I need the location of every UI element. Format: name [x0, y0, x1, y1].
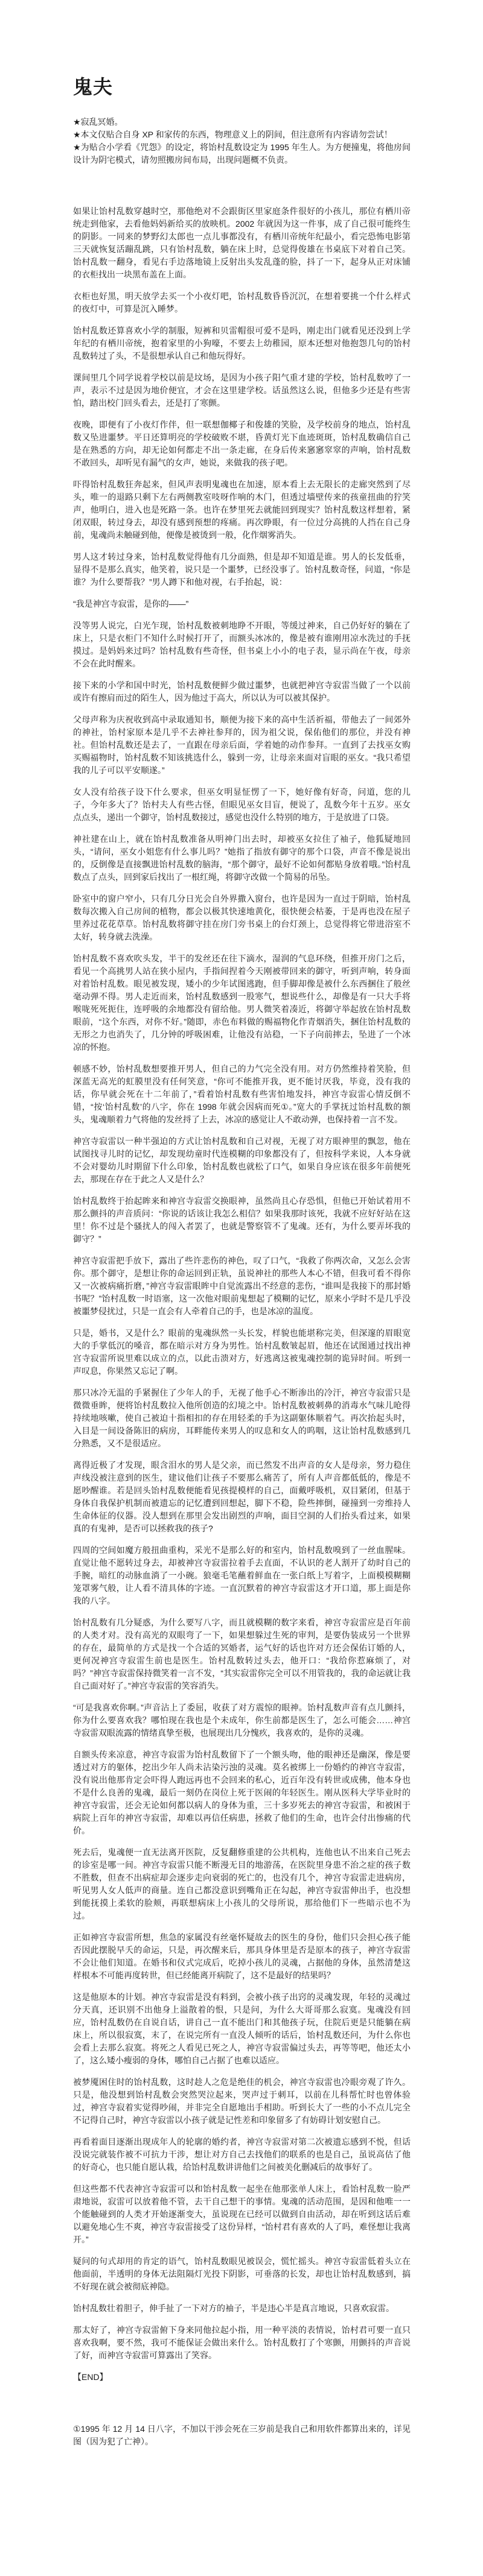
footnote: ①1995 年 12 月 14 日八字，不加以干涉会死在三岁前是我自己和用软件都…: [73, 2423, 411, 2448]
story-paragraph: 饴村乱数有几分疑惑，为什么要写八字，而且就模糊的数字来看，神宫寺寂雷应是百年前的…: [73, 1616, 411, 1692]
story-paragraph: 饴村乱数还算喜欢小学的制服，短裤和贝雷帽很可爱不是吗，刚走出门就看见还没到上学年…: [73, 324, 411, 362]
author-note: ★寂乱冥婚。: [73, 116, 411, 128]
story-paragraph: 如果让饴村乱数穿越时空，那他绝对不会跟街区里家庭条件很好的小孩儿，那位有栖川帝统…: [73, 205, 411, 281]
story-paragraph: 夜晚，即便有了小夜灯作伴，但一联想伽椰子和俊雄的笑脸，及学校前身的地点，饴村乱数…: [73, 419, 411, 469]
story-paragraph: 接下来的小学和国中时光，饴村乱数便鲜少做过噩梦，也就把神宫寺寂雷当做了一个以前或…: [73, 679, 411, 704]
story-paragraph: 父母声称为庆祝收到高中录取通知书，顺便为接下来的高中生活祈福，带他去了一间郊外的…: [73, 714, 411, 777]
story-paragraph: 男人这才转过身来，饴村乱数觉得他有几分面熟，但是却不知道是谁。男人的长发低垂，显…: [73, 551, 411, 589]
story-paragraph: “我是神宫寺寂雷，是你的——”: [73, 598, 411, 610]
author-note: ★为贴合小学看《咒怨》的设定，将饴村乱数设定为 1995 年生人。为方便撞鬼，将…: [73, 141, 411, 166]
story-paragraph: 顿感不妙，饴村乱数想要推开男人，但自己的力气完全没有用。对方仍然维持着笑脸，但深…: [73, 1063, 411, 1126]
story-paragraph: 自额头传来凉意，神宫寺寂雷为饴村乱数留下了一个额头吻，他的眼神还是幽深，像是要透…: [73, 1748, 411, 1837]
story-paragraph: 神宫寺寂雷以一种半强迫的方式让饴村乱数和自己对视，无视了对方眼神里的飘忽，他在试…: [73, 1135, 411, 1186]
story-body: 如果让饴村乱数穿越时空，那他绝对不会跟街区里家庭条件很好的小孩儿，那位有栖川帝统…: [73, 205, 411, 2362]
story-paragraph: 饴村乱数不喜欢吹头发，半干的发丝还在往下滴水，湿润的气息环绕，但推开房门之后，看…: [73, 952, 411, 1054]
story-paragraph: 那只冰冷无温的手紧握住了少年人的手，无视了他手心不断渗出的冷汗，神宫寺寂雷只是微…: [73, 1387, 411, 1450]
story-paragraph: 吓得饴村乱数狂奔起来，但风声表明鬼魂也在加速，原本看上去无限长的走廊突然到了尽头…: [73, 478, 411, 542]
page-title: 鬼夫: [73, 75, 411, 99]
document-page: 鬼夫 ★寂乱冥婚。★本文仅贴合自身 XP 和家传的东西，物理意义上的阴间，但注意…: [0, 0, 483, 2576]
story-paragraph: 那太好了，神宫寺寂雷俯下身来同他拉起小指，用一种平淡的表情说，饴村君可要一直只喜…: [73, 2324, 411, 2362]
story-paragraph: “可是我喜欢你啊。”声音沾上了委屈，收获了对方震惊的眼神。饴村乱数声音有点儿颤抖…: [73, 1701, 411, 1739]
story-paragraph: 没等男人说完，白光乍现，饴村乱数被刺地睁不开眼，等缓过神来，自己仍好好的躺在了床…: [73, 619, 411, 670]
story-paragraph: 饴村乱数终于抬起眸来和神宫寺寂雷交换眼神，虽然尚且心存恐惧，但他已开始试着用不那…: [73, 1195, 411, 1245]
story-paragraph: 被梦魇困住时的饴村乱数，这时趁人之危是绝佳的机会，神宫寺寂雷也冷眼旁观了许久。只…: [73, 2076, 411, 2127]
story-paragraph: 饴村乱数壮着胆子，伸手扯了一下对方的袖子，半是违心半是真言地说，只喜欢寂雷。: [73, 2302, 411, 2315]
story-paragraph: 只是，婚书，又是什么？眼前的鬼魂纵然一头长发，样貌也能堪称完美，但深邃的眉眼宽大…: [73, 1327, 411, 1378]
author-note: ★本文仅贴合自身 XP 和家传的东西，物理意义上的阴间，但注意所有内容请勿尝试！: [73, 128, 411, 141]
story-paragraph: 但这些都不代表神宫寺寂雷可以和饴村乱数一起坐在他那张单人床上，看饴村乱数一脸严肃…: [73, 2183, 411, 2246]
story-paragraph: 死去后，鬼魂便一直无法离开医院，反复翻修重建的公共机构，连他也认不出来自己死去的…: [73, 1846, 411, 1922]
story-paragraph: 课间里几个同学说着学校以前是坟场，是因为小孩子阳气重才建的学校，饴村乱数哼了一声…: [73, 372, 411, 410]
story-paragraph: 疑问的句式却用的肯定的语气，饴村乱数眼见被误会，慌忙摇头。神宫寺寂雷低着头立在他…: [73, 2255, 411, 2293]
story-paragraph: 再看着面目逐渐出现成年人的轮廓的婚约者，神宫寺寂雷对第二次被遗忘感到不悦，但话没…: [73, 2136, 411, 2174]
story-paragraph: 卧室中的窗户窄小，只有几分日光会自外界撒入窗台，也许是因为一直过于阴暗，饴村乱数…: [73, 893, 411, 943]
author-notes: ★寂乱冥婚。★本文仅贴合自身 XP 和家传的东西，物理意义上的阴间，但注意所有内…: [73, 116, 411, 166]
story-paragraph: 神社建在山上，就在饴村乱数准备从明神门出去时，却被巫女拉住了袖子，他狐疑地回头，…: [73, 833, 411, 884]
story-paragraph: 这是他原本的计划。神宫寺寂雷是没有料到，会被小孩子出窍的灵魂发现，年轻的灵魂过分…: [73, 1991, 411, 2067]
story-paragraph: 女人没有给孩子设下什么要求，但巫女明显怔愣了一下，她好像有好奇，问道，您的儿子，…: [73, 786, 411, 824]
story-paragraph: 正如神宫寺寂雷所想，焦急的家属没有丝毫怀疑故去的医生的身份，他们只会担心孩子能否…: [73, 1931, 411, 1982]
story-paragraph: 四周的空间如魔方般扭曲重构，采光不是那么好的和室内，饴村乱数嗅到了一丝血腥味。直…: [73, 1544, 411, 1607]
story-paragraph: 衣柜也好黑，明天放学去买一个小夜灯吧，饴村乱数昏昏沉沉，在想着要挑一个什么样式的…: [73, 290, 411, 315]
end-marker: 【END】: [73, 2371, 411, 2384]
story-paragraph: 离得近极了才发现，眼含泪水的男人是父亲，而已然发不出声音的女人是母亲，努力稳住声…: [73, 1459, 411, 1535]
story-paragraph: 神宫寺寂雷把手放下，露出了些许悲伤的神色，叹了口气，“我救了你两次命，又怎么会害…: [73, 1255, 411, 1318]
